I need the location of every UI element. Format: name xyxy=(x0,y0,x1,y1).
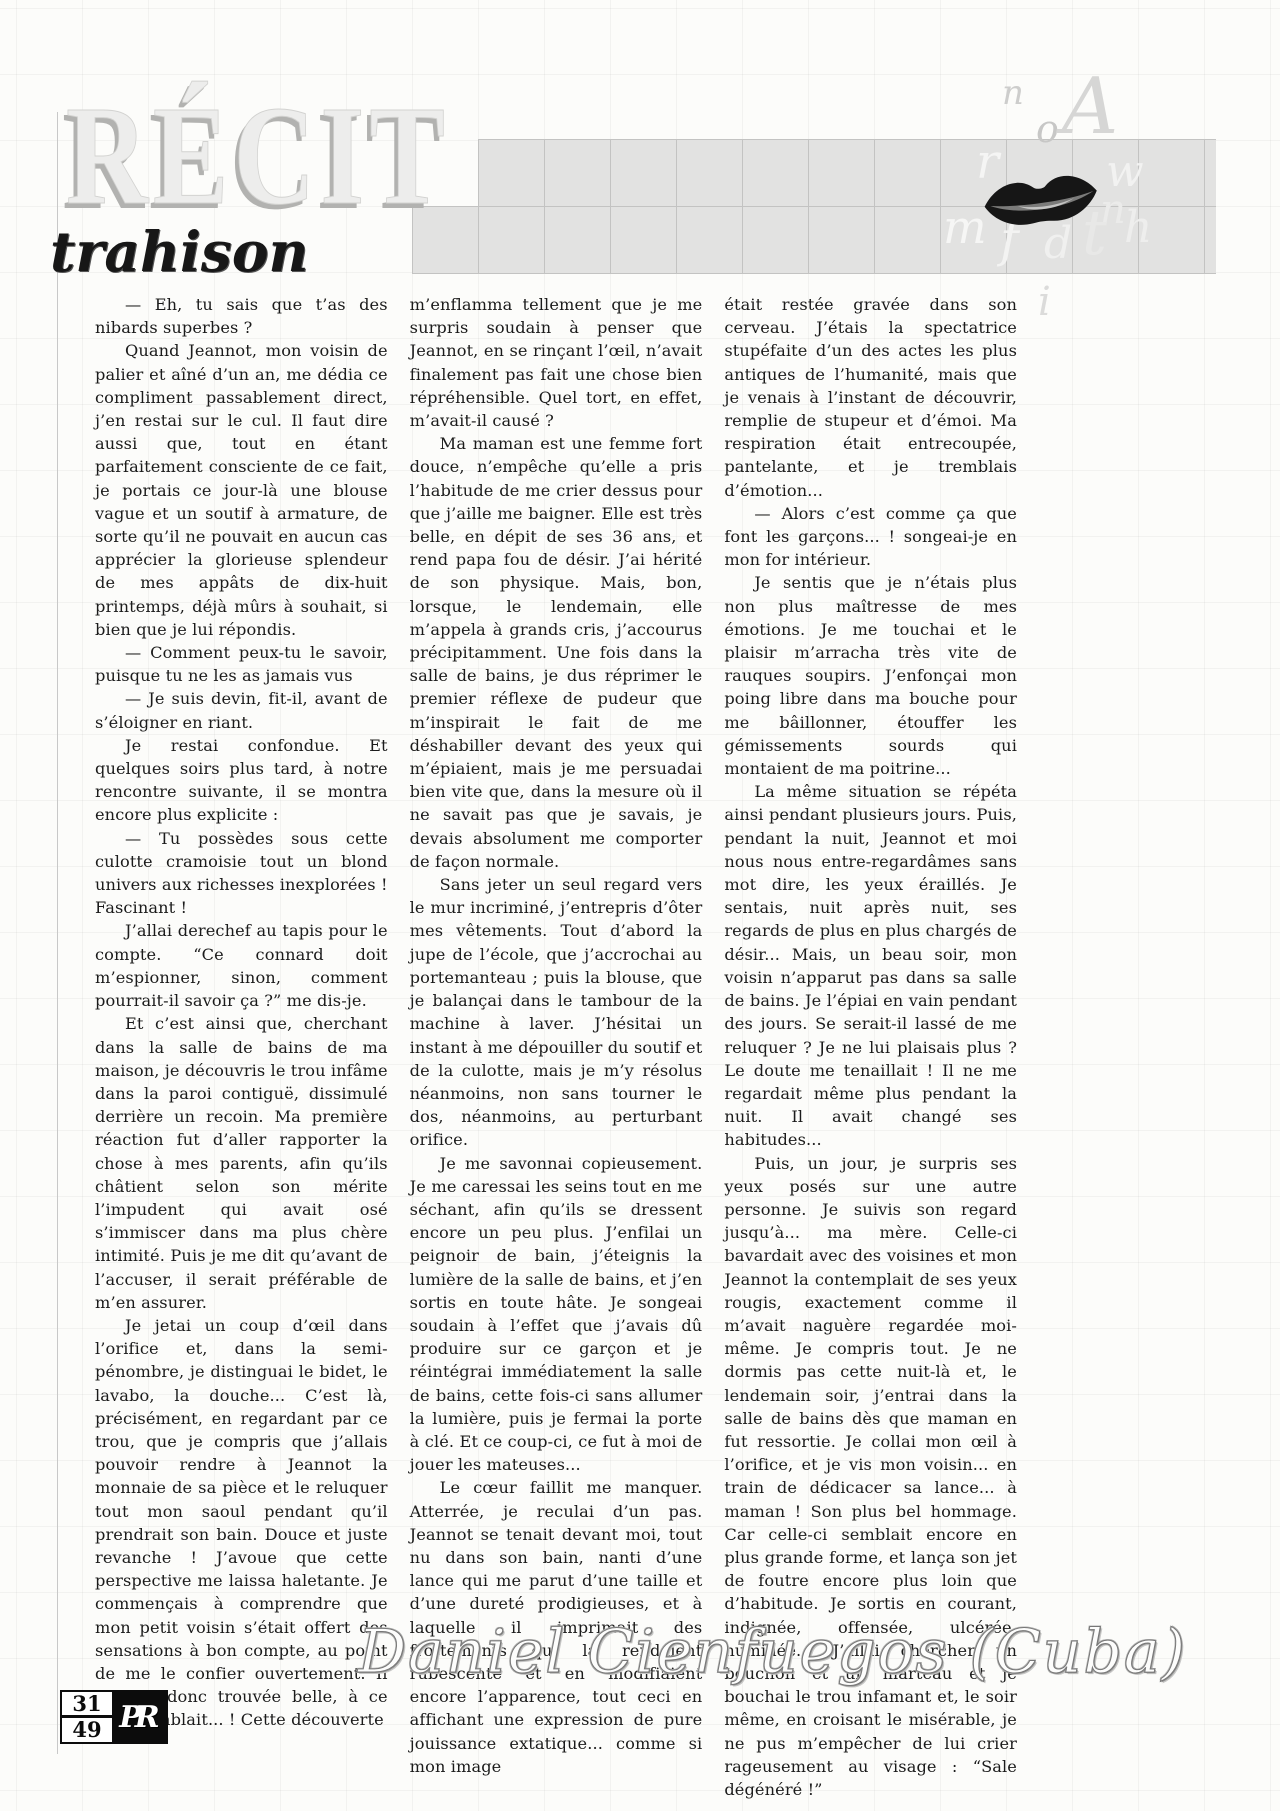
left-margin-rule xyxy=(57,112,58,1754)
paragraph: Je restai confondue. Et quelques soirs p… xyxy=(95,734,388,827)
page-number-badge: 31 49 PR xyxy=(60,1690,168,1744)
paragraph: — Tu possèdes sous cette culotte cramois… xyxy=(95,827,388,920)
author-signature: Daniel Cienfuegos (Cuba) xyxy=(358,1616,1187,1688)
paragraph: Et c’est ainsi que, cherchant dans la sa… xyxy=(95,1012,388,1314)
paragraph: — Alors c’est comme ça que font les garç… xyxy=(724,502,1017,572)
section-label: RÉCIT xyxy=(66,84,450,226)
decorative-letter: h xyxy=(1124,206,1152,250)
page-title: trahison xyxy=(50,224,309,279)
publisher-logo: PR xyxy=(112,1692,166,1742)
paragraph: Puis, un jour, je surpris ses yeux posés… xyxy=(724,1152,1017,1802)
paragraph: — Eh, tu sais que t’as des nibards super… xyxy=(95,293,388,339)
paragraph: m’enflamma tellement que je me surpris s… xyxy=(410,293,703,432)
magazine-page: RÉCIT trahison n o A r w n m f d t h i —… xyxy=(0,0,1280,1811)
page-number: 31 xyxy=(62,1692,112,1718)
paragraph: J’allai derechef au tapis pour le compte… xyxy=(95,919,388,1012)
paragraph: était restée gravée dans son cerveau. J’… xyxy=(724,293,1017,502)
decorative-letter: o xyxy=(1036,110,1059,148)
story-column-3: était restée gravée dans son cerveau. J’… xyxy=(724,293,1017,1801)
paragraph: La même situation se répéta ainsi pendan… xyxy=(724,780,1017,1151)
paragraph: Je jetai un coup d’œil dans l’orifice et… xyxy=(95,1314,388,1732)
page-number-fraction: 31 49 xyxy=(62,1692,112,1742)
decorative-letter: m xyxy=(943,204,987,250)
story-column-1: — Eh, tu sais que t’as des nibards super… xyxy=(95,293,388,1732)
decorative-letter: n xyxy=(1002,76,1024,110)
paragraph: Je me savonnai copieusement. Je me cares… xyxy=(410,1152,703,1477)
page-total: 49 xyxy=(62,1718,112,1742)
paragraph: Je sentis que je n’étais plus non plus m… xyxy=(724,571,1017,780)
paragraph: — Comment peux-tu le savoir, puisque tu … xyxy=(95,641,388,687)
paragraph: Ma maman est une femme fort douce, n’emp… xyxy=(410,432,703,873)
article-body: — Eh, tu sais que t’as des nibards super… xyxy=(95,293,1017,1801)
lips-icon xyxy=(978,155,1105,247)
story-column-2: m’enflamma tellement que je me surpris s… xyxy=(410,293,703,1778)
decorative-letter: A xyxy=(1062,68,1118,146)
paragraph: Sans jeter un seul regard vers le mur in… xyxy=(410,873,703,1151)
paragraph: Quand Jeannot, mon voisin de palier et a… xyxy=(95,339,388,641)
decorative-letter: i xyxy=(1038,282,1051,322)
paragraph: — Je suis devin, fit-il, avant de s’éloi… xyxy=(95,687,388,733)
